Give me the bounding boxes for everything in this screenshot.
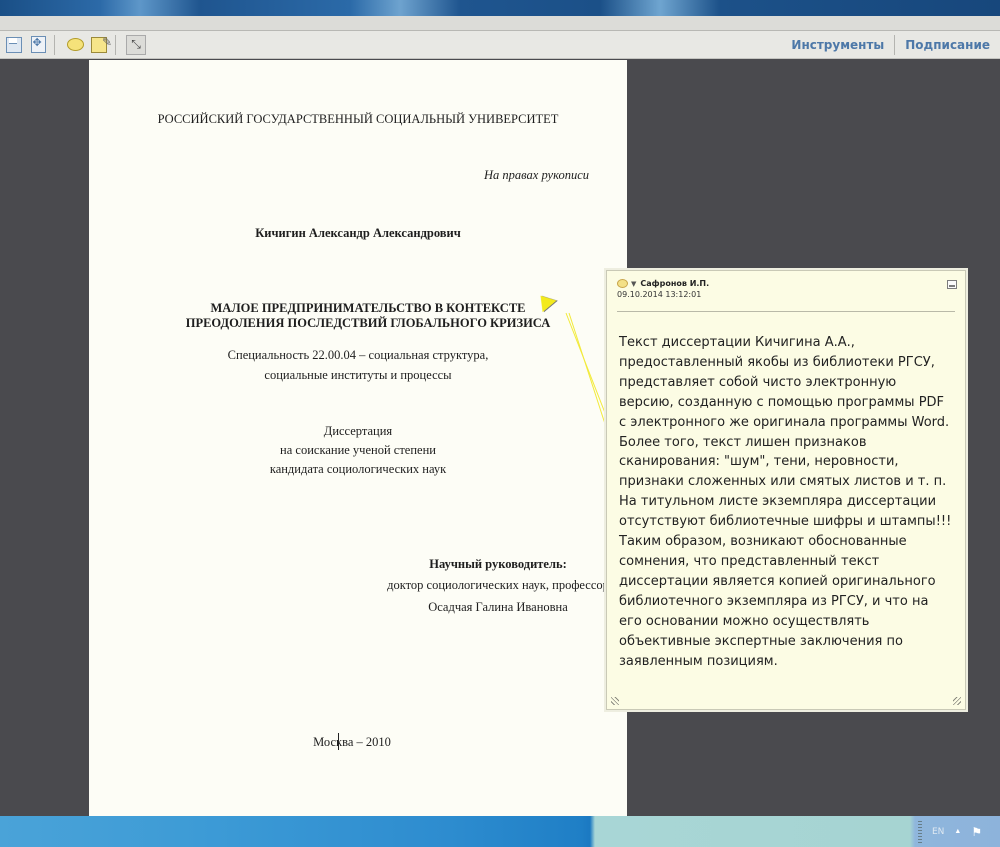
toolbar-separator (54, 35, 55, 55)
system-tray: EN ▲ ⚑ (918, 816, 982, 847)
menu-bar (0, 16, 1000, 31)
minimize-icon[interactable] (947, 280, 957, 289)
comment-text[interactable]: Текст диссертации Кичигина А.А., предост… (619, 333, 959, 671)
toolbar: ⤡ Инструменты Подписание (0, 31, 1000, 59)
taskbar (0, 816, 1000, 847)
comment-author: Сафронов И.П. (640, 279, 709, 288)
thesis-type-line-2: на соискание ученой степени (89, 443, 627, 458)
fit-page-icon (31, 36, 46, 53)
thesis-type-line-3: кандидата социологических наук (89, 462, 627, 477)
comment-bubble-icon (617, 279, 628, 288)
tools-link[interactable]: Инструменты (781, 38, 894, 52)
specialty-line-2: социальные институты и процессы (89, 368, 627, 383)
tray-grip (918, 821, 922, 843)
resize-grip-icon[interactable] (953, 697, 961, 705)
window-titlebar (0, 0, 1000, 16)
save-button[interactable] (4, 35, 24, 55)
comment-divider (617, 311, 955, 312)
toolbar-separator (115, 35, 116, 55)
markup-icon (91, 37, 107, 53)
thesis-title-line-2: ПРЕОДОЛЕНИЯ ПОСЛЕДСТВИЙ ГЛОБАЛЬНОГО КРИЗ… (99, 316, 637, 331)
expand-icon: ⤡ (126, 35, 146, 55)
document-page: РОССИЙСКИЙ ГОСУДАРСТВЕННЫЙ СОЦИАЛЬНЫЙ УН… (89, 60, 627, 816)
comment-popup[interactable]: ▼ Сафронов И.П. 09.10.2014 13:12:01 Текс… (606, 270, 966, 710)
resize-grip-icon[interactable] (611, 697, 619, 705)
comment-datetime: 09.10.2014 13:12:01 (617, 290, 957, 299)
add-comment-button[interactable] (65, 35, 85, 55)
thesis-title-line-1: МАЛОЕ ПРЕДПРИНИМАТЕЛЬСТВО В КОНТЕКСТЕ (99, 301, 637, 316)
author-name: Кичигин Александр Александрович (89, 226, 627, 241)
manuscript-rights: На правах рукописи (484, 168, 589, 183)
fit-page-button[interactable] (28, 35, 48, 55)
city-year: Москва – 2010 (83, 735, 621, 750)
show-hidden-icons-icon[interactable]: ▲ (954, 828, 961, 835)
language-indicator[interactable]: EN (932, 827, 944, 837)
signing-link[interactable]: Подписание (895, 38, 1000, 52)
comment-header: ▼ Сафронов И.П. 09.10.2014 13:12:01 (617, 279, 957, 307)
university-name: РОССИЙСКИЙ ГОСУДАРСТВЕННЫЙ СОЦИАЛЬНЫЙ УН… (89, 112, 627, 127)
action-center-flag-icon[interactable]: ⚑ (971, 825, 982, 839)
chevron-down-icon[interactable]: ▼ (631, 280, 636, 288)
save-icon (6, 37, 22, 53)
thesis-type-line-1: Диссертация (89, 424, 627, 439)
expand-button[interactable]: ⤡ (126, 35, 146, 55)
markup-button[interactable] (89, 35, 109, 55)
comment-icon (67, 38, 84, 51)
specialty-line-1: Специальность 22.00.04 – социальная стру… (89, 348, 627, 363)
text-cursor (338, 733, 339, 750)
